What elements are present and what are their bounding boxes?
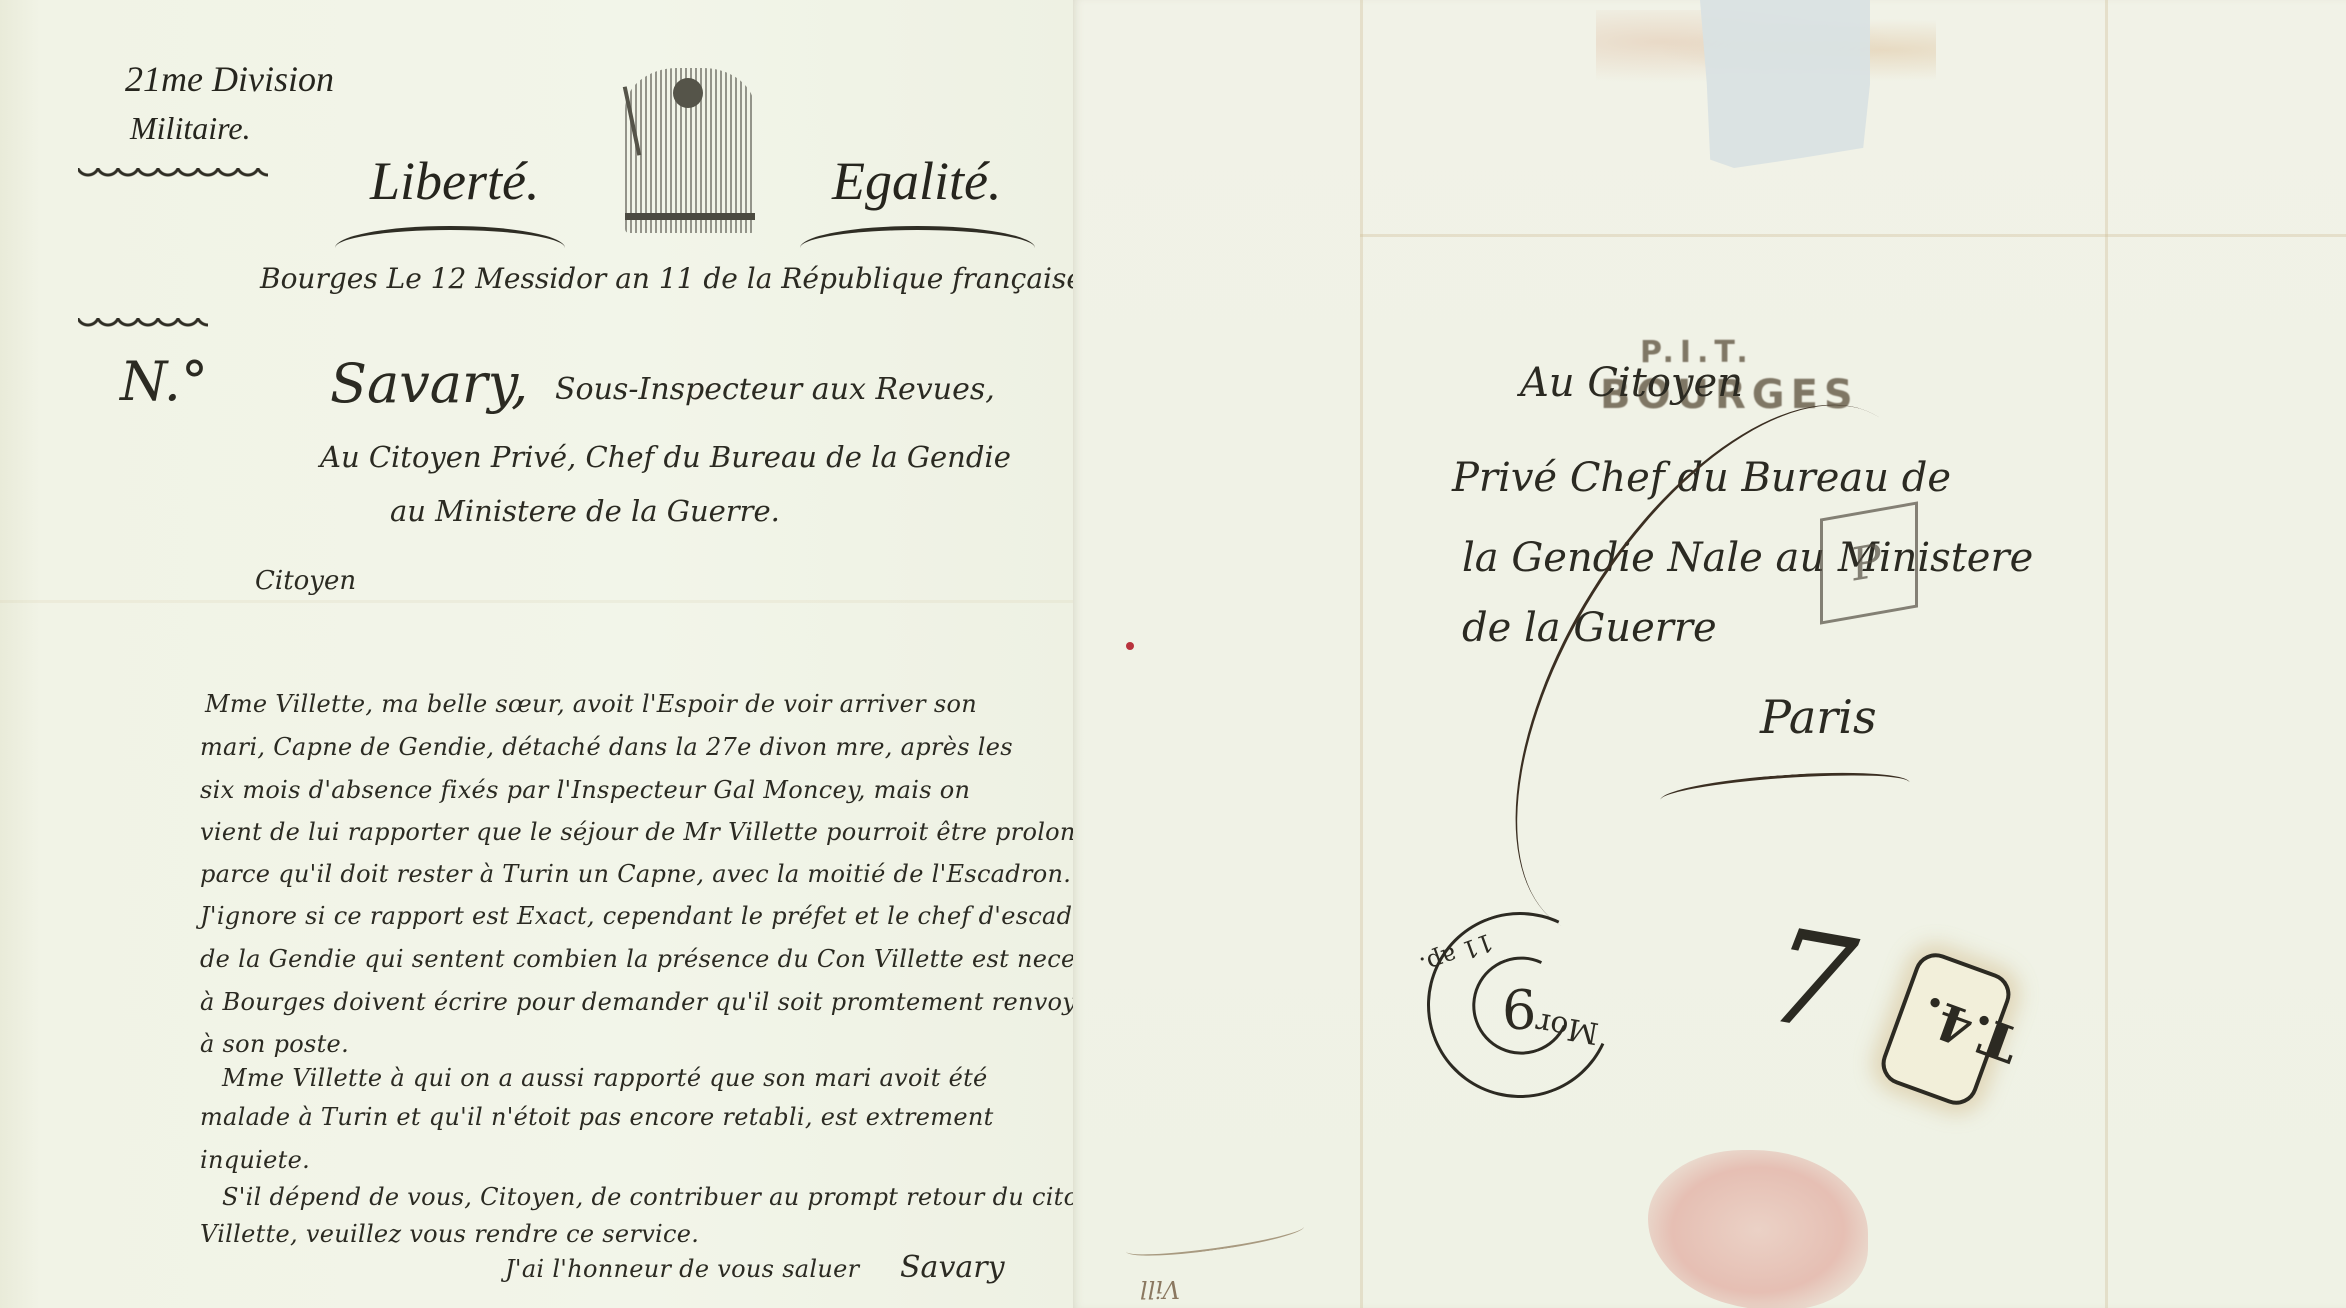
body-line: J'ignore si ce rapport est Exact, cepend… xyxy=(200,902,1115,930)
tax-stamp-text: T.4. xyxy=(1912,985,2027,1075)
motto-liberte: Liberté. xyxy=(370,150,540,212)
body-line: Mme Villette à qui on a aussi rapporté q… xyxy=(222,1064,988,1092)
address-line: Au Citoyen xyxy=(1520,360,1743,406)
boxed-p-stamp: P xyxy=(1820,501,1918,624)
body-line: S'il dépend de vous, Citoyen, de contrib… xyxy=(222,1183,1123,1211)
ornament-wavy-line xyxy=(78,168,268,182)
body-line: six mois d'absence fixés par l'Inspecteu… xyxy=(200,776,970,804)
fold-line xyxy=(1360,234,2346,237)
ink-spot xyxy=(1126,642,1134,650)
sender-title: Sous-Inspecteur aux Revues, xyxy=(555,372,995,407)
date-stamp-day: 9 xyxy=(1502,976,1536,1039)
motto-egalite: Egalité. xyxy=(832,150,1001,212)
back-note: Vill xyxy=(1140,1275,1180,1303)
recipient-line: au Ministere de la Guerre. xyxy=(390,494,780,528)
fold-line xyxy=(1360,0,1363,1308)
seated-liberty-figure-icon xyxy=(625,68,755,233)
body-line: à son poste. xyxy=(200,1030,349,1058)
body-line: Mme Villette, ma belle sœur, avoit l'Esp… xyxy=(205,690,977,718)
body-line: mari, Capne de Gendie, détaché dans la 2… xyxy=(200,733,1013,761)
boxed-stamp-letter: P xyxy=(1851,533,1882,592)
number-label: N.° xyxy=(120,350,208,413)
body-line: à Bourges doivent écrire pour demander q… xyxy=(200,988,1091,1016)
body-line: malade à Turin et qu'il n'étoit pas enco… xyxy=(200,1103,994,1131)
body-line: vient de lui rapporter que le séjour de … xyxy=(200,818,1106,846)
body-line: Villette, veuillez vous rendre ce servic… xyxy=(200,1220,699,1248)
fold-line xyxy=(2105,0,2108,1308)
torn-paper-patch xyxy=(1700,0,1870,168)
division-label-military: Militaire. xyxy=(130,110,251,147)
body-line: de la Gendie qui sentent combien la prés… xyxy=(200,945,1150,973)
sender-name: Savary, xyxy=(330,352,528,415)
body-line: parce qu'il doit rester à Turin un Capne… xyxy=(200,860,1071,888)
division-label: 21me Division xyxy=(125,58,334,100)
signature: Savary xyxy=(900,1250,1005,1285)
date-stamp-inner-ring: 9 xyxy=(1458,943,1584,1069)
ornament-wavy-line xyxy=(78,318,208,332)
fold-line xyxy=(0,600,1073,603)
closing: J'ai l'honneur de vous saluer xyxy=(505,1255,859,1283)
body-line: inquiete. xyxy=(200,1146,310,1174)
dateline: Bourges Le 12 Messidor an 11 de la Répub… xyxy=(260,262,1092,295)
salutation: Citoyen xyxy=(255,566,356,596)
recipient-line: Au Citoyen Privé, Chef du Bureau de la G… xyxy=(320,440,1011,474)
